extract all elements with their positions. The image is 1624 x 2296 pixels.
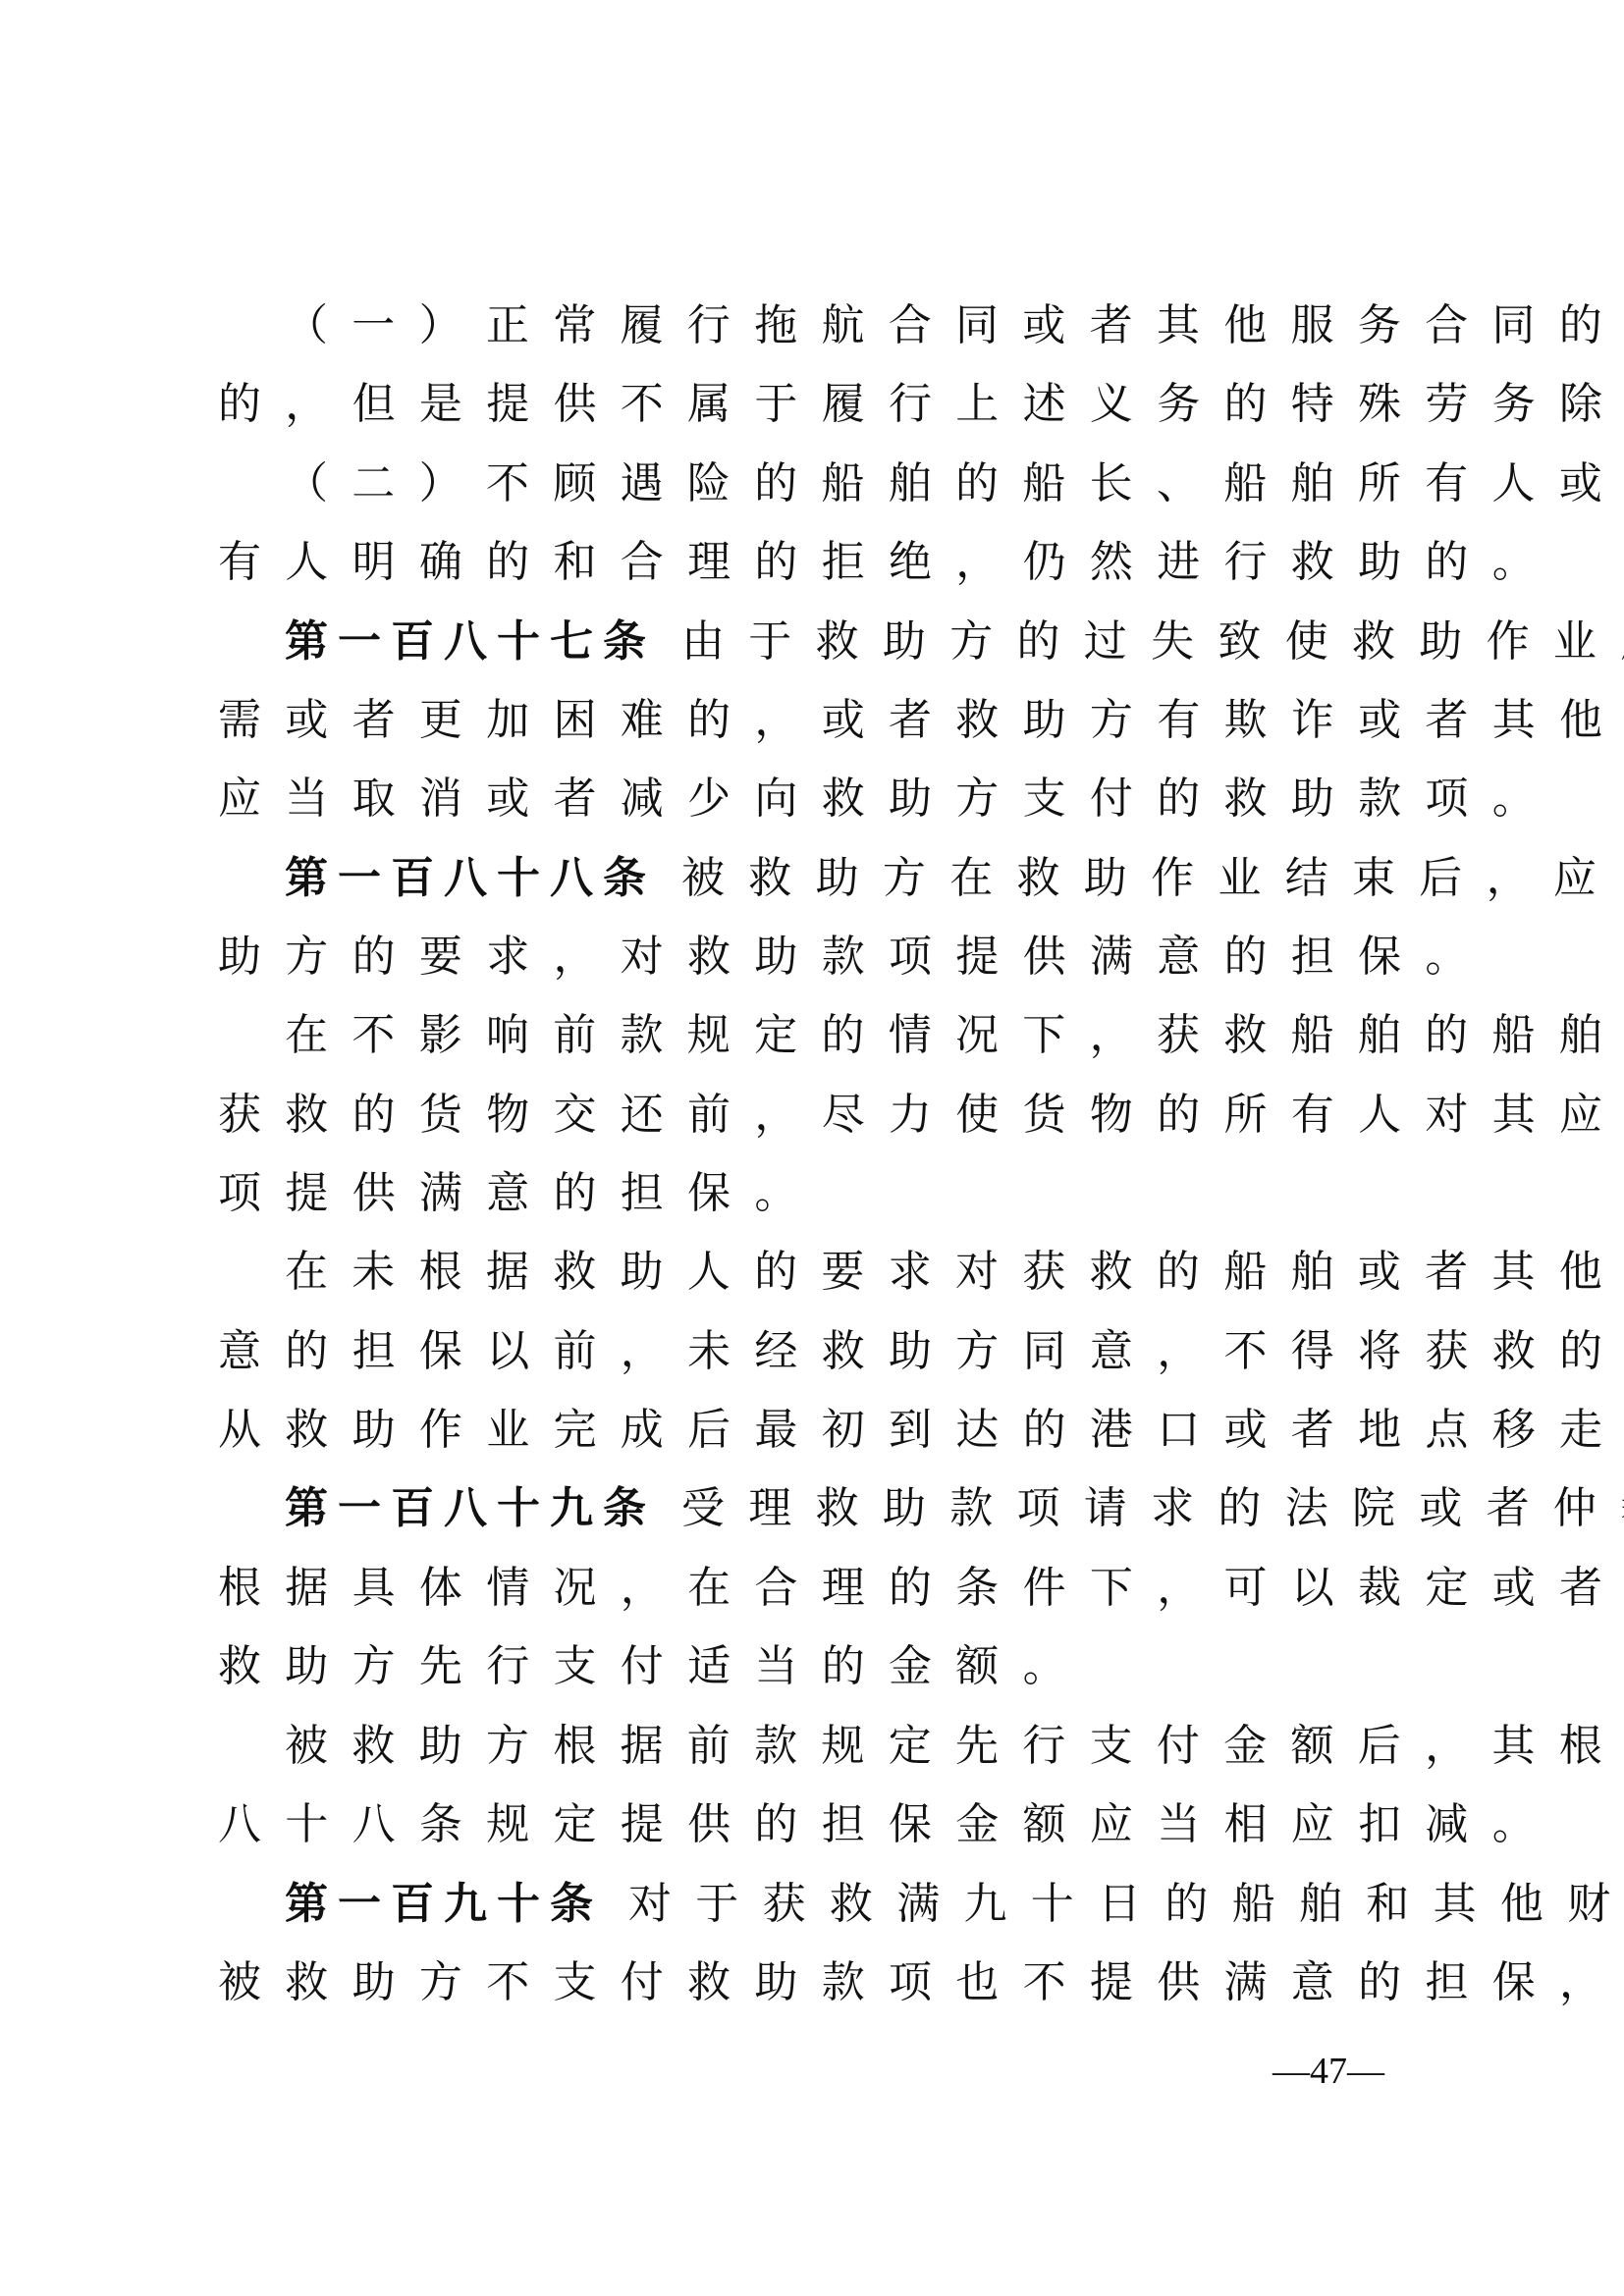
- text-line: 应当取消或者减少向救助方支付的救助款项。: [218, 760, 1435, 838]
- paragraph-text: 被救助方在救助作业结束后，应当根据救: [681, 853, 1624, 903]
- paragraph-text: 在不影响前款规定的情况下，获救船舶的船舶所有人应当在: [285, 1010, 1624, 1060]
- text-line: 被救助方不支付救助款项也不提供满意的担保，救助方可以申请: [218, 1944, 1435, 2022]
- text-line: 有人明确的和合理的拒绝，仍然进行救助的。: [218, 523, 1435, 602]
- text-line: 从救助作业完成后最初到达的港口或者地点移走。: [218, 1391, 1435, 1469]
- text-line: 需或者更加困难的，或者救助方有欺诈或者其他不诚实行为的，: [218, 681, 1435, 760]
- text-line: 的，但是提供不属于履行上述义务的特殊劳务除外；: [218, 365, 1435, 444]
- document-page: （一）正常履行拖航合同或者其他服务合同的义务进行救助 的，但是提供不属于履行上述…: [0, 0, 1624, 2296]
- paragraph-text: 助方的要求，对救助款项提供满意的担保。: [218, 932, 1492, 982]
- page-number: —47—: [1272, 2046, 1384, 2097]
- text-line: 获救的货物交还前，尽力使货物的所有人对其应当承担的救助款: [218, 1076, 1435, 1154]
- paragraph-text: 从救助作业完成后最初到达的港口或者地点移走。: [218, 1405, 1624, 1455]
- paragraph-text: 应当取消或者减少向救助方支付的救助款项。: [218, 774, 1559, 824]
- paragraph-text: 项提供满意的担保。: [218, 1168, 822, 1218]
- paragraph-text: （二）不顾遇险的船舶的船长、船舶所有人或者其他财产所: [285, 458, 1624, 508]
- paragraph-text: （一）正常履行拖航合同或者其他服务合同的义务进行救助: [285, 300, 1624, 350]
- article-heading-line: 第一百九十条对于获救满九十日的船舶和其他财产，如果: [285, 1865, 1502, 1944]
- paragraph-text: 的，但是提供不属于履行上述义务的特殊劳务除外；: [218, 379, 1624, 429]
- text-line: 在不影响前款规定的情况下，获救船舶的船舶所有人应当在: [285, 996, 1502, 1075]
- paragraph-text: 由于救助方的过失致使救助作业成为必: [681, 616, 1624, 667]
- paragraph-text: 需或者更加困难的，或者救助方有欺诈或者其他不诚实行为的，: [218, 695, 1624, 745]
- paragraph-text: 被救助方不支付救助款项也不提供满意的担保，救助方可以申请: [218, 1957, 1624, 2007]
- paragraph-text: 根据具体情况，在合理的条件下，可以裁定或者裁决被救助方向: [218, 1563, 1624, 1613]
- text-line: 项提供满意的担保。: [218, 1154, 1435, 1233]
- text-line: 八十八条规定提供的担保金额应当相应扣减。: [218, 1786, 1435, 1864]
- paragraph-text: 救助方先行支付适当的金额。: [218, 1641, 1090, 1691]
- text-line: 被救助方根据前款规定先行支付金额后，其根据本法第一百: [285, 1707, 1502, 1786]
- article-number: 第一百九十条: [285, 1879, 603, 1929]
- article-number: 第一百八十七条: [285, 616, 656, 667]
- text-line: 意的担保以前，未经救助方同意，不得将获救的船舶和其他财产: [218, 1312, 1435, 1391]
- paragraph-text: 在未根据救助人的要求对获救的船舶或者其他财产提供满: [285, 1247, 1624, 1297]
- text-line: 助方的要求，对救助款项提供满意的担保。: [218, 918, 1435, 996]
- text-line: 根据具体情况，在合理的条件下，可以裁定或者裁决被救助方向: [218, 1549, 1435, 1628]
- article-number: 第一百八十八条: [285, 853, 656, 903]
- paragraph-text: 受理救助款项请求的法院或者仲裁机构，: [681, 1483, 1624, 1533]
- article-heading-line: 第一百八十八条被救助方在救助作业结束后，应当根据救: [285, 839, 1502, 918]
- article-number: 第一百八十九条: [285, 1483, 656, 1533]
- text-line: （二）不顾遇险的船舶的船长、船舶所有人或者其他财产所: [285, 445, 1502, 523]
- text-line: （一）正常履行拖航合同或者其他服务合同的义务进行救助: [285, 287, 1502, 365]
- article-heading-line: 第一百八十七条由于救助方的过失致使救助作业成为必: [285, 603, 1502, 681]
- paragraph-text: 有人明确的和合理的拒绝，仍然进行救助的。: [218, 537, 1559, 587]
- text-line: 在未根据救助人的要求对获救的船舶或者其他财产提供满: [285, 1233, 1502, 1311]
- paragraph-text: 对于获救满九十日的船舶和其他财产，如果: [628, 1879, 1624, 1929]
- article-heading-line: 第一百八十九条受理救助款项请求的法院或者仲裁机构，: [285, 1469, 1502, 1548]
- paragraph-text: 意的担保以前，未经救助方同意，不得将获救的船舶和其他财产: [218, 1326, 1624, 1376]
- paragraph-text: 获救的货物交还前，尽力使货物的所有人对其应当承担的救助款: [218, 1090, 1624, 1140]
- text-line: 救助方先行支付适当的金额。: [218, 1628, 1435, 1706]
- paragraph-text: 八十八条规定提供的担保金额应当相应扣减。: [218, 1799, 1559, 1849]
- paragraph-text: 被救助方根据前款规定先行支付金额后，其根据本法第一百: [285, 1721, 1624, 1771]
